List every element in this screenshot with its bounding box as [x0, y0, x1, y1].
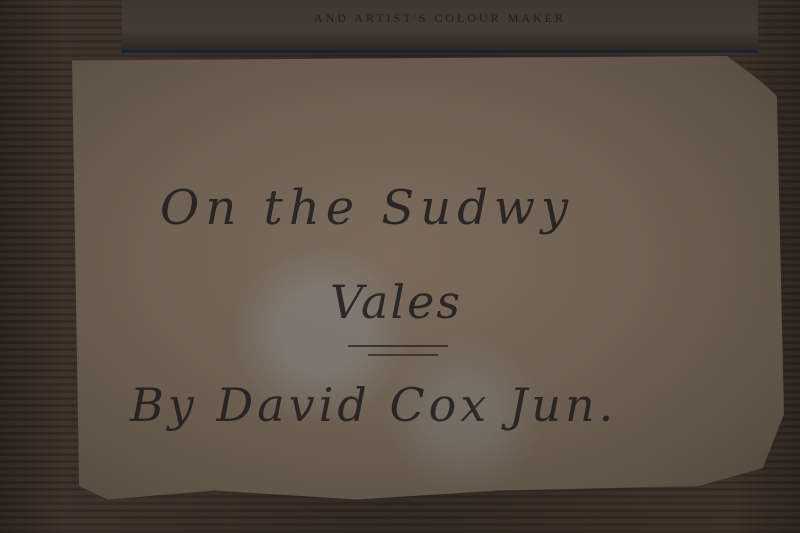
stamp-text: AND ARTIST'S COLOUR MAKER	[122, 11, 758, 26]
handwriting-line-3: By David Cox Jun.	[130, 378, 617, 432]
handwriting-line-1: On the Sudwy	[160, 180, 574, 236]
double-underline-second	[368, 354, 438, 356]
double-underline	[348, 345, 448, 347]
handwriting-line-2: Vales	[330, 275, 462, 329]
printed-stamp-strip: AND ARTIST'S COLOUR MAKER	[122, 0, 758, 53]
